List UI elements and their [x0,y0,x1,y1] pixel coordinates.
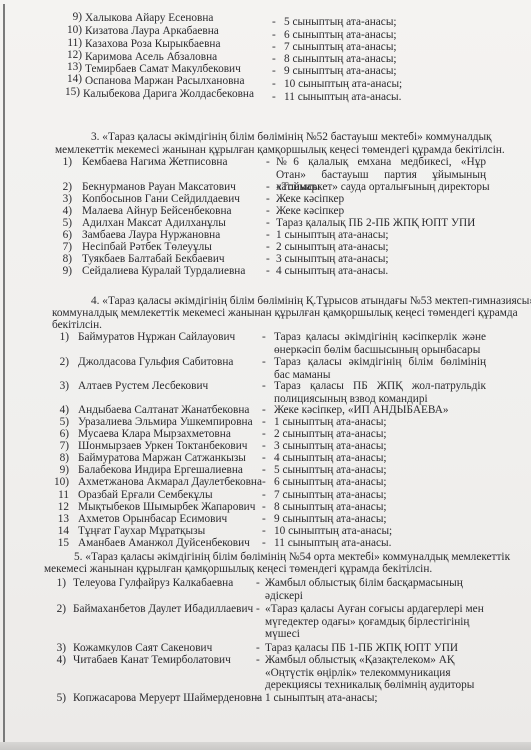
member-role: Жеке кәсіпкер [276,193,344,205]
member-role: 9 сыныптың ата-анасы; [274,513,387,525]
member-name: Читабаев Канат Темирболатович [73,654,231,666]
member-name: Баймаханбетов Даулет Ибадиллаевич [73,603,253,615]
member-name: Телеуова Гулфайруз Калкабаевна [73,577,233,589]
member-name: Мықтыбеков Шымырбек Жапарович [78,501,255,513]
member-role: Тараз қаласы әкімдігінің білім бөлімінің… [274,356,486,381]
role-dash: - [272,41,276,53]
member-number: 14 [47,525,69,537]
member-number: 8) [47,452,69,464]
member-number: 15 [47,537,69,549]
member-role: 2 сыныптың ата-анасы; [274,428,387,440]
role-dash: - [266,193,270,205]
page-bottom-edge [0,742,531,750]
member-role: 5 сыныптың ата-анасы; [284,16,397,28]
role-dash: - [272,53,276,65]
member-number: 2) [50,181,72,193]
member-role: 3 сыныптың ата-анасы; [276,253,389,265]
member-number: 2) [47,356,69,368]
section-4-heading-line-3: бекітілсін. [52,319,102,331]
scanned-document-page: 9)Халыкова Айару Есеновна-5 сыныптың ата… [0,0,531,750]
member-name: Бекнурманов Рауан Максатович [82,181,236,193]
member-name: Каримова Асель Абзаловна [85,51,217,63]
member-role: Тараз қаласы ПБ 1-ПБ ЖПҚ ЮПТ УПИ [265,642,458,654]
role-dash: - [262,476,266,488]
member-role: Тараз қаласы әкімдігінің кәсіпкерлік жән… [274,331,486,356]
member-role: 6 сыныптың ата-анасы; [284,29,397,41]
member-name: Уразалиева Эльмира Ушкемпировна [78,416,253,428]
role-dash: - [262,404,266,416]
role-dash: - [262,356,266,368]
member-name: Ахметжанова Акмарал Даулетбековна [78,476,262,488]
member-role: дерекциясы техникалық бөлімнің аудиторы [265,679,474,691]
member-name: Малаева Айнур Бейсенбековна [82,205,232,217]
role-dash: - [262,416,266,428]
member-name: Тұңғат Гаухар Мұратқызы [78,525,205,537]
member-name: Шонмырзаев Уркен Токтанбекович [78,440,247,452]
member-name: Кизатова Лаура Аркабаевна [85,25,219,37]
member-number: 15) [58,86,80,98]
member-role: 11 сыныптың ата-анасы. [274,537,391,549]
role-dash: - [262,464,266,476]
member-name: Темирбаев Самат Макулбекович [85,63,241,75]
member-number: 9) [50,265,72,277]
member-role: Тараз қаласы ПБ ЖПҚ жол-патрульдік полиц… [274,380,486,405]
member-name: Оразбай Ерғали Сембекұлы [78,489,213,501]
role-dash: - [256,577,260,589]
member-name: Баймуратов Нұржан Сайлауович [78,331,235,343]
member-name: Калыбекова Дарига Жолдасбековна [83,88,254,100]
role-dash: - [266,205,270,217]
member-name: Халыкова Айару Есеновна [85,12,213,24]
member-name: Алтаев Рустем Лесбекович [78,380,208,392]
role-dash: - [256,654,260,666]
member-name: Копбосынов Гани Сейдилдаевич [82,193,240,205]
member-role: Жеке кәсіпкер, «ИП АНДЫБАЕВА» [274,404,449,416]
member-role: Жамбыл облыстық «Қазақтелеком» АҚ [265,654,454,666]
member-number: 12 [47,501,69,513]
member-role: 4 сыныптың ата-анасы. [276,265,388,277]
member-number: 3) [47,380,69,392]
member-number: 5) [44,692,66,704]
member-role: мүгедектер одағы» қоғамдық бірлестігінің [265,616,469,628]
section-4-heading-line-2: коммуналдық мемлекеттік мекемесі жанынан… [52,307,518,319]
member-role: 1 сыныптың ата-анасы; [276,229,389,241]
member-number: 12) [60,49,82,61]
member-number: 1) [47,331,69,343]
member-number: 9) [47,464,69,476]
member-number: 1) [50,156,72,168]
member-role: 3 сыныптың ата-анасы; [274,440,387,452]
member-number: 10) [60,24,82,36]
member-number: 11) [60,37,82,49]
member-role: 7 сыныптың ата-анасы; [284,41,397,53]
role-dash: - [262,452,266,464]
member-number: 9) [60,11,82,23]
member-role: 10 сыныптың ата-анасы; [274,525,392,537]
member-role: 8 сыныптың ата-анасы; [274,501,387,513]
member-number: 14) [60,73,82,85]
member-role: 8 сыныптың ата-анасы; [284,53,397,65]
section-4-heading-line-1: 4. «Тараз қаласы әкімдігінің білім бөлім… [91,295,531,307]
role-dash: - [262,537,266,549]
member-name: Ахметов Орынбасар Есимович [78,513,227,525]
member-number: 7) [47,440,69,452]
member-role: 4 сыныптың ата-анасы; [274,452,387,464]
member-role: «Оңтүстік өңірлік» телекоммуникация [265,667,451,679]
member-number: 13) [60,61,82,73]
role-dash: - [262,513,266,525]
member-name: Замбаева Лаура Нуржановна [82,229,220,241]
member-name: Аманбаев Аманжол Дуйсенбекович [78,537,250,549]
member-role: 10 сыныптың ата-анасы; [284,78,402,90]
member-role: «Тараз қаласы Ауған соғысы ардагерлері м… [265,603,484,615]
member-role: Жеке кәсіпкер [276,205,344,217]
member-name: Баймуратова Маржан Сатжанкызы [78,452,246,464]
role-dash: - [262,428,266,440]
role-dash: - [266,265,270,277]
role-dash: - [262,501,266,513]
member-name: Кембаева Нагима Жетписовна [82,156,227,168]
role-dash: - [262,331,266,343]
member-name: Андыбаева Салтанат Жанатбековна [78,404,249,416]
member-role: 1 сыныптың ата-анасы; [274,416,387,428]
member-role: мүшесі [265,628,300,640]
member-name: Кожамкулов Саят Сакенович [73,642,212,654]
member-name: Джолдасова Гульфия Сабитовна [78,356,233,368]
section-3-heading-line-2: мемлекеттік мекемесі жанынан құрылған қа… [55,144,505,156]
role-dash: - [262,380,266,392]
member-number: 10) [47,476,69,488]
member-name: Туякбаев Балтабай Бекбаевич [82,253,225,265]
member-number: 11 [47,489,69,501]
member-number: 13 [47,513,69,525]
role-dash: - [272,16,276,28]
member-role: Тараз қалалық ПБ 2-ПБ ЖПҚ ЮПТ УПИ [276,217,475,229]
member-number: 4) [44,654,66,666]
member-role: 2 сыныптың ата-анасы; [276,241,389,253]
role-dash: - [266,253,270,265]
role-dash: - [266,217,270,229]
role-dash: - [272,29,276,41]
member-role: «Тоймаркет» сауда орталығының директоры [276,181,490,193]
member-number: 3) [44,642,66,654]
section-3-heading-line-1: 3. «Тараз қаласы әкімдігінің білім бөлім… [91,131,492,143]
role-dash: - [272,91,276,103]
member-name: Казахова Роза Кырыкбаевна [85,38,220,50]
role-dash: - [266,181,270,193]
member-number: 2) [44,603,66,615]
member-number: 3) [50,193,72,205]
member-name: Несіпбай Рәтбек Төлеуұлы [82,241,212,253]
member-name: Копжасарова Меруерт Шаймерденовна [73,692,262,704]
role-dash: - [256,642,260,654]
member-name: Адилхан Максат Адилханұлы [82,217,226,229]
member-number: 6) [50,229,72,241]
role-dash: - [256,692,260,704]
member-role: Жамбыл облыстық білім басқармасының [265,577,463,589]
member-name: Оспанова Маржан Расылхановна [85,75,245,87]
member-number: 5) [47,416,69,428]
role-dash: - [262,525,266,537]
member-name: Сейдалиева Куралай Турдалиевна [82,265,245,277]
member-number: 8) [50,253,72,265]
role-dash: - [266,156,270,168]
role-dash: - [272,65,276,77]
member-number: 5) [50,217,72,229]
role-dash: - [266,241,270,253]
member-role: 1 сыныптың ата-анасы; [265,692,378,704]
page-left-border [3,4,5,744]
member-role: 7 сыныптың ата-анасы; [274,489,387,501]
role-dash: - [262,489,266,501]
member-role: әдіскері [265,590,303,602]
member-role: 11 сыныптың ата-анасы. [284,91,401,103]
member-name: Мусаева Клара Мырзахметовна [78,428,231,440]
member-role: 6 сыныптың ата-анасы; [274,476,387,488]
member-number: 4) [50,205,72,217]
section-5-heading-line-2: мекемесі жанынан құрылған қамқоршылық ке… [44,563,432,575]
member-number: 6) [47,428,69,440]
role-dash: - [266,229,270,241]
role-dash: - [256,603,260,615]
member-role: 5 сыныптың ата-анасы; [274,464,387,476]
member-number: 7) [50,241,72,253]
member-role: 9 сыныптың ата-анасы; [284,65,397,77]
role-dash: - [262,440,266,452]
member-number: 4) [47,404,69,416]
member-name: Балабекова Индира Ергешалиевна [78,464,243,476]
member-number: 1) [44,577,66,589]
role-dash: - [272,78,276,90]
section-5-heading-line-1: 5. «Тараз қаласы әкімдігінің білім бөлім… [74,551,510,563]
